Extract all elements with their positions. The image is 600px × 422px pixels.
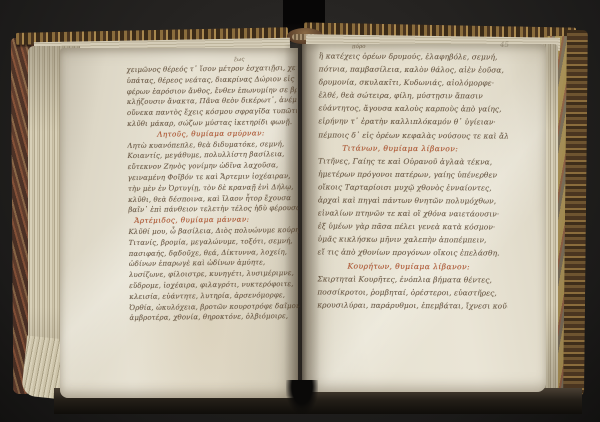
manuscript-line: πέμποις δ᾽ εἰς ὀρέων κεφαλὰς νούσους τε … <box>318 128 508 142</box>
manuscript-line: Τιτῆνες, Γαίης τε καὶ Οὐρανοῦ ἀγλαὰ τέκν… <box>318 154 508 168</box>
manuscript-line: ἀρχαὶ καὶ πηγαὶ πάντων θνητῶν πολυμόχθων… <box>318 193 508 207</box>
hymn-heading: Τιτάνων, θυμίαμα λίβανον: <box>318 141 508 155</box>
interlinear-note-right: πόρο <box>352 44 366 50</box>
hymn-heading: Κουρήτων, θυμίαμα λίβανον: <box>317 259 507 273</box>
manuscript-line: πότνια, παμβασίλεια, καλὸν θάλος, αἰὲν ἐ… <box>319 63 509 77</box>
interlinear-note-left: ἕως <box>234 57 245 64</box>
manuscript-line: εἰρήνην τ᾽ ἐρατὴν καλλιπλόκαμόν θ᾽ ὑγίει… <box>318 115 508 129</box>
manuscript-line: ποσσίκροτοι, ῥομβηταί, ὀρέστεροι, εὐαστῆ… <box>317 285 507 299</box>
manuscript-line: ἡμετέρων πρόγονοι πατέρων, γαίης ὑπένερθ… <box>318 167 508 181</box>
manuscript-line: εἴ τις ἀπὸ χθονίων προγόνων οἴκοις ἐπελά… <box>318 246 508 260</box>
book-cover-edge-right <box>563 30 588 396</box>
folio-number: 45 <box>500 41 509 49</box>
manuscript-line: εὐάντητος, ἄγουσα καλοὺς καρποὺς ἀπὸ γαί… <box>318 102 508 116</box>
manuscript-line: ἐλθέ, θεὰ σώτειρα, φίλη, μύστῃσιν ἅπασιν <box>318 89 508 103</box>
manuscript-line: εἰναλίων πτηνῶν τε καὶ οἳ χθόνα ναιετάου… <box>318 207 508 221</box>
manuscript-photo: χειμῶνος θέρεός τ᾽ ἴσον μέτρον ἐσχατιῇσι… <box>0 0 600 422</box>
manuscript-line: ἣ κατέχεις ὀρέων δρυμούς, ἐλαφηβόλε, σεμ… <box>319 49 509 63</box>
manuscript-line: ἐξ ὑμέων γὰρ πᾶσα πέλει γενεὰ κατὰ κόσμο… <box>318 220 508 234</box>
manuscript-line: κρουσιλύραι, παράρυθμοι, ἐπεμβάται, ἴχνε… <box>317 298 507 312</box>
manuscript-line: ἀμβροτέρα, χθονία, θηροκτόνε, ὀλβιόμοιρε… <box>129 311 299 324</box>
manuscript-line: Σκιρτηταὶ Κουρῆτες, ἐνόπλια βήματα θέντε… <box>317 272 507 286</box>
manuscript-line: ὑμᾶς κικλήσκω μῆνιν χαλεπὴν ἀποπέμπειν, <box>318 233 508 247</box>
manuscript-line: δρυμονία, σκυλακῖτι, Κυδωνιάς, αἰολόμορφ… <box>319 76 509 90</box>
manuscript-line: οἴκοις Ταρταρίοισι μυχῷ χθονὸς ἐνναίοντε… <box>318 180 508 194</box>
manuscript-text-right: ἣ κατέχεις ὀρέων δρυμούς, ἐλαφηβόλε, σεμ… <box>317 49 509 316</box>
manuscript-text-left: χειμῶνος θέρεός τ᾽ ἴσον μέτρον ἐσχατιῇσι… <box>126 63 299 327</box>
gutter-bottom-shadow <box>286 380 318 414</box>
